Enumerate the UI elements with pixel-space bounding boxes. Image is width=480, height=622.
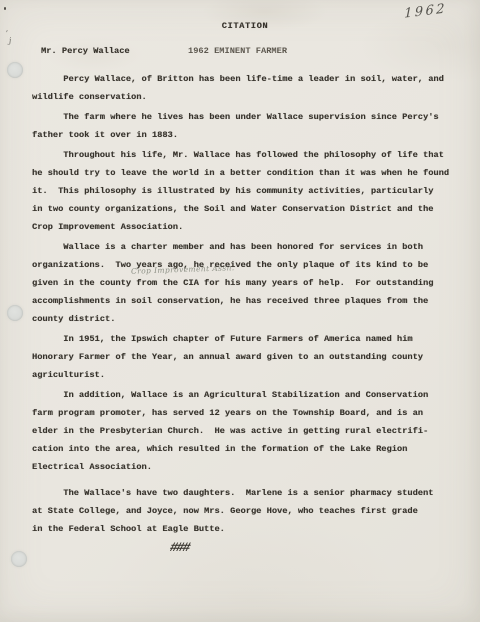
paragraph: The farm where he lives has been under W… (32, 108, 464, 144)
handwritten-year: 1962 (404, 1, 447, 21)
text-line: agriculturist. (32, 366, 464, 384)
paragraph: Throughout his life, Mr. Wallace has fol… (32, 146, 464, 236)
text-line: given in the county from the CIA for his… (32, 274, 464, 292)
paragraph: The Wallace's have two daughters. Marlen… (32, 484, 464, 538)
text-line: Throughout his life, Mr. Wallace has fol… (32, 146, 464, 164)
award-title: 1962 EMINENT FARMER (188, 46, 287, 56)
text-line: Crop Improvement Association. (32, 218, 464, 236)
text-line: in two county organizations, the Soil an… (32, 200, 464, 218)
text-line: Wallace is a charter member and has been… (32, 238, 464, 256)
hole-punch-bottom (11, 551, 27, 567)
text-line: In 1951, the Ipswich chapter of Future F… (32, 330, 464, 348)
text-line: Electrical Association. (32, 458, 464, 476)
hole-punch-middle (7, 305, 23, 321)
text-line: he should try to leave the world in a be… (32, 164, 464, 182)
text-line: cation into the area, which resulted in … (32, 440, 464, 458)
end-of-document-mark: ### (168, 540, 191, 555)
text-line: county district. (32, 310, 464, 328)
text-line: wildlife conservation. (32, 88, 464, 106)
paragraph: In 1951, the Ipswich chapter of Future F… (32, 330, 464, 384)
text-line: elder in the Presbyterian Church. He was… (32, 422, 464, 440)
document-title: CITATION (32, 21, 458, 31)
text-line: In addition, Wallace is an Agricultural … (32, 386, 464, 404)
text-line: The farm where he lives has been under W… (32, 108, 464, 126)
ink-speck (4, 7, 6, 10)
scanned-document-page: ’ j 1962 CITATION Mr. Percy Wallace 1962… (0, 0, 480, 622)
text-line: farm program promoter, has served 12 yea… (32, 404, 464, 422)
text-line: it. This philosophy is illustrated by hi… (32, 182, 464, 200)
paragraph: Percy Wallace, of Britton has been life-… (32, 70, 464, 106)
paragraph: In addition, Wallace is an Agricultural … (32, 386, 464, 476)
margin-pencil-mark: ’ j (6, 30, 12, 44)
text-line: organizations. Two years ago, he receive… (32, 256, 464, 274)
text-line: The Wallace's have two daughters. Marlen… (32, 484, 464, 502)
text-line: at State College, and Joyce, now Mrs. Ge… (32, 502, 464, 520)
text-line: Percy Wallace, of Britton has been life-… (32, 70, 464, 88)
text-line: accomplishments in soil conservation, he… (32, 292, 464, 310)
document-body: Percy Wallace, of Britton has been life-… (32, 70, 464, 540)
text-line: father took it over in 1883. (32, 126, 464, 144)
paragraph: Wallace is a charter member and has been… (32, 238, 464, 328)
text-line: Honorary Farmer of the Year, an annual a… (32, 348, 464, 366)
hole-punch-top (7, 62, 23, 78)
recipient-name: Mr. Percy Wallace (41, 46, 130, 56)
text-line: in the Federal School at Eagle Butte. (32, 520, 464, 538)
